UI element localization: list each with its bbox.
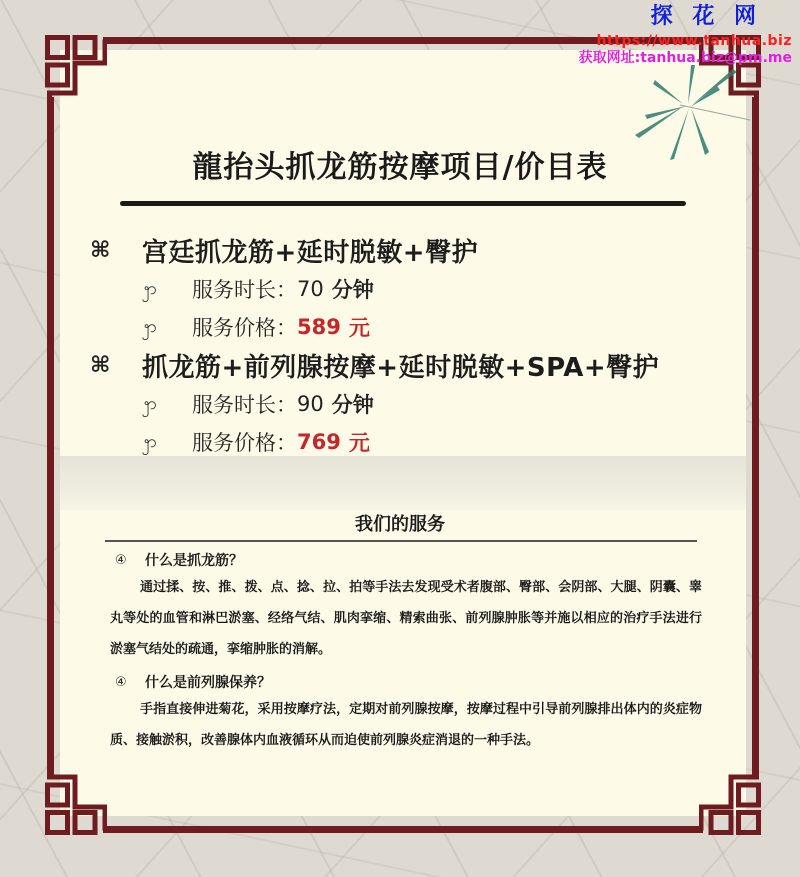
loop-bullet-icon: ꩭ bbox=[142, 391, 168, 418]
duration-label: 服务时长： bbox=[192, 389, 297, 419]
faq-answer: 通过揉、按、推、拨、点、捻、拉、拍等手法去发现受术者腹部、臀部、会阴部、大腿、阴… bbox=[110, 572, 702, 665]
package-name: 宫廷抓龙筋+延时脱敏+臀护 bbox=[142, 232, 478, 269]
loop-bullet-icon: ꩭ bbox=[142, 314, 168, 341]
price-label: 服务价格： bbox=[192, 427, 297, 457]
services-divider bbox=[105, 540, 697, 542]
package-duration: ꩭ 服务时长： 90 分钟 bbox=[142, 385, 659, 423]
corner-ornament-bottom-right bbox=[699, 773, 761, 835]
loop-bullet-icon: ꩭ bbox=[142, 429, 168, 456]
package-item: ⌘ 宫廷抓龙筋+延时脱敏+臀护 ꩭ 服务时长： 70 分钟 ꩭ 服务价格： 58… bbox=[90, 230, 478, 346]
package-price: ꩭ 服务价格： 589 元 bbox=[142, 308, 478, 346]
frame-left-border bbox=[47, 97, 54, 777]
frame-bottom-border bbox=[103, 826, 703, 833]
watermark-contact: 获取网址:tanhua.biz@pm.me bbox=[579, 51, 792, 65]
faq-item: ④ 什么是前列腺保养？ 手指直接伸进菊花，采用按摩疗法，定期对前列腺按摩，按摩过… bbox=[115, 670, 715, 756]
faq-question: 什么是前列腺保养？ bbox=[145, 672, 271, 692]
watermark-site-name: 探 花 网 bbox=[579, 6, 762, 28]
paper-divider-band bbox=[60, 456, 746, 510]
package-item: ⌘ 抓龙筋+前列腺按摩+延时脱敏+SPA+臀护 ꩭ 服务时长： 90 分钟 ꩭ … bbox=[90, 345, 659, 461]
watermark: 探 花 网 https://www.tanhua.biz 获取网址:tanhua… bbox=[579, 6, 792, 65]
price-value: 589 bbox=[297, 315, 341, 339]
command-bullet-icon: ⌘ bbox=[90, 238, 120, 263]
page-title: 龍抬头抓龙筋按摩项目/价目表 bbox=[0, 142, 800, 186]
faq-question: 什么是抓龙筋？ bbox=[145, 550, 243, 570]
title-divider bbox=[120, 201, 686, 206]
duration-value: 70 bbox=[297, 277, 324, 301]
watermark-url[interactable]: https://www.tanhua.biz bbox=[579, 34, 792, 48]
faq-item: ④ 什么是抓龙筋？ 通过揉、按、推、拨、点、捻、拉、拍等手法去发现受术者腹部、臀… bbox=[115, 548, 715, 665]
loop-bullet-icon: ꩭ bbox=[142, 276, 168, 303]
price-value: 769 bbox=[297, 430, 341, 454]
corner-ornament-top-left bbox=[45, 35, 107, 97]
duration-unit: 分钟 bbox=[332, 389, 374, 419]
services-title: 我们的服务 bbox=[0, 510, 800, 536]
frame-right-border bbox=[752, 97, 759, 777]
duration-label: 服务时长： bbox=[192, 274, 297, 304]
circled-number-icon: ④ bbox=[115, 675, 131, 690]
duration-unit: 分钟 bbox=[332, 274, 374, 304]
faq-answer: 手指直接伸进菊花，采用按摩疗法，定期对前列腺按摩，按摩过程中引导前列腺排出体内的… bbox=[110, 694, 702, 756]
command-bullet-icon: ⌘ bbox=[90, 353, 120, 378]
corner-ornament-bottom-left bbox=[45, 773, 107, 835]
price-unit: 元 bbox=[349, 427, 370, 457]
duration-value: 90 bbox=[297, 392, 324, 416]
price-label: 服务价格： bbox=[192, 312, 297, 342]
package-name: 抓龙筋+前列腺按摩+延时脱敏+SPA+臀护 bbox=[142, 347, 659, 384]
circled-number-icon: ④ bbox=[115, 553, 131, 568]
price-unit: 元 bbox=[349, 312, 370, 342]
package-price: ꩭ 服务价格： 769 元 bbox=[142, 423, 659, 461]
package-duration: ꩭ 服务时长： 70 分钟 bbox=[142, 270, 478, 308]
